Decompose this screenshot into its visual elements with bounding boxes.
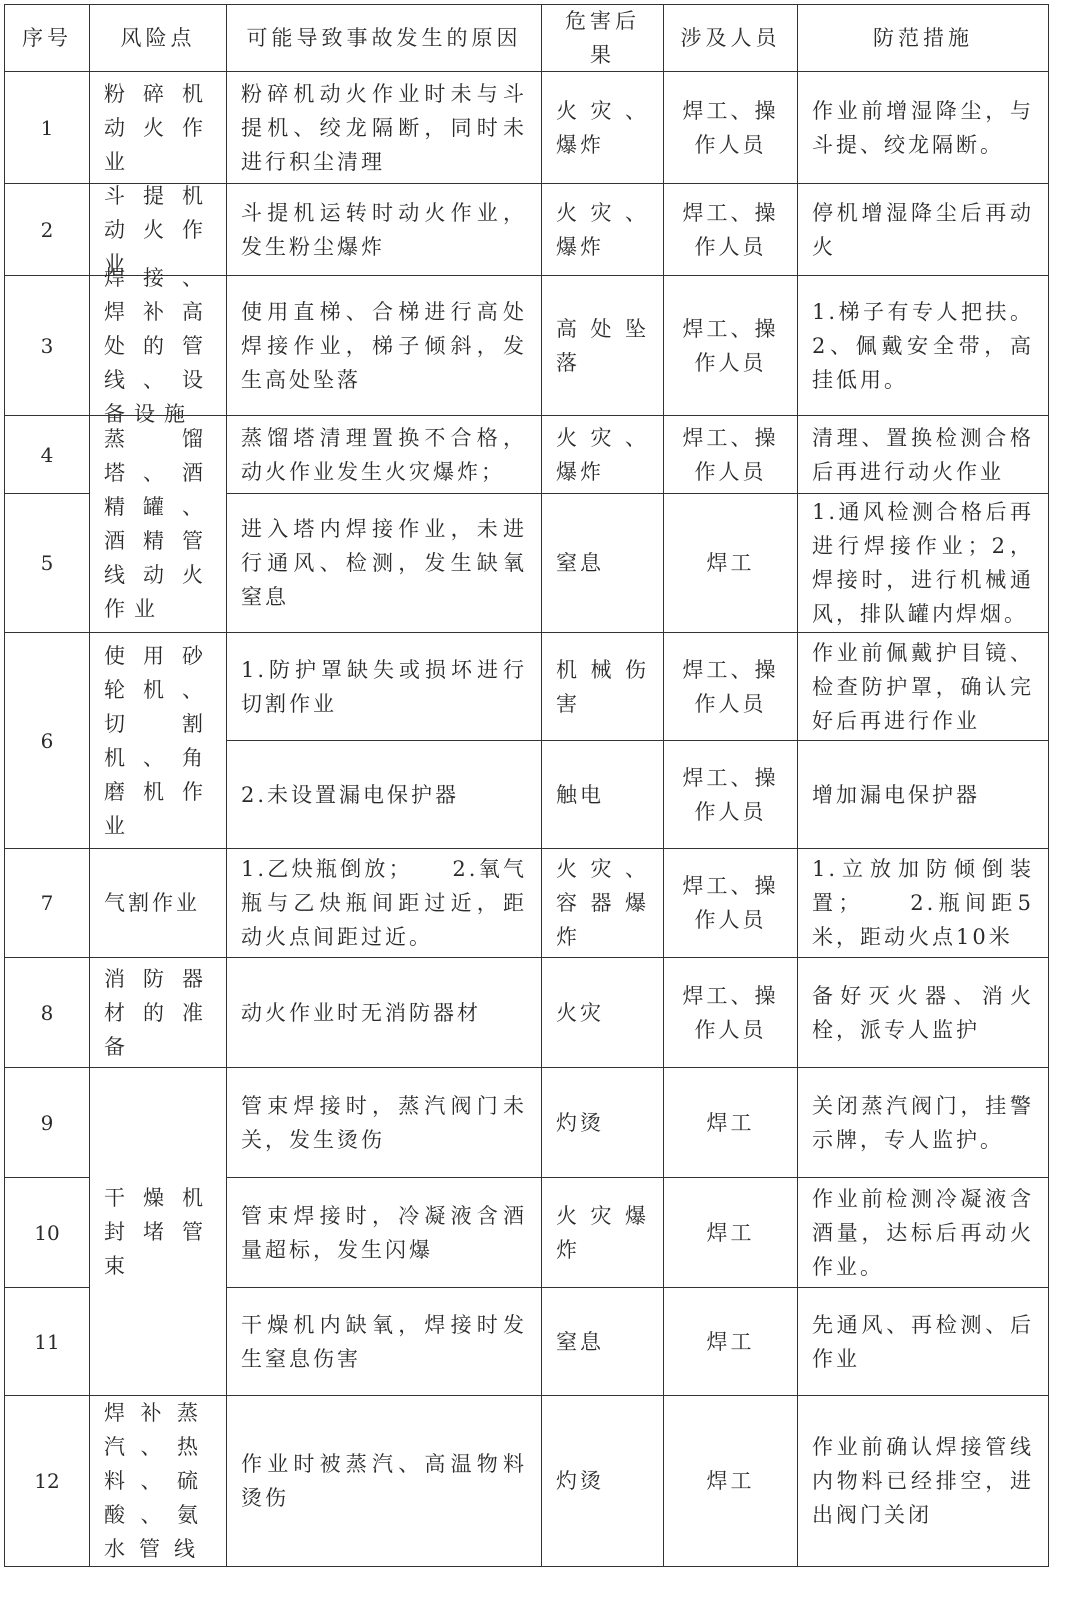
measure-text: 作业前增湿降尘，与斗提、绞龙隔断。: [812, 94, 1034, 162]
cause-text: 2.未设置漏电保护器: [241, 778, 527, 812]
header-personnel: 涉及人员: [663, 4, 798, 72]
header-no-label: 序号: [19, 21, 75, 55]
hazard-text: 窒息: [556, 1325, 649, 1359]
row-number: 8: [4, 957, 90, 1068]
personnel-text: 焊工: [678, 1106, 783, 1140]
cause-cell: 斗提机运转时动火作业，发生粉尘爆炸: [226, 183, 542, 276]
row-number: 6: [4, 632, 90, 849]
personnel-cell: 焊工、操作人员: [663, 415, 798, 494]
personnel-cell: 焊工、操作人员: [663, 740, 798, 849]
personnel-cell: 焊工、操作人员: [663, 848, 798, 958]
hazard-text: 火灾、爆炸: [556, 196, 649, 264]
personnel-text: 焊工: [678, 1325, 783, 1359]
row-number-text: 11: [19, 1325, 75, 1359]
risk-point-cell: 气割作业: [89, 848, 227, 958]
hazard-cell: 火灾、爆炸: [541, 415, 664, 494]
measure-text: 备好灭火器、消火栓，派专人监护: [812, 979, 1034, 1047]
measure-cell: 作业前佩戴护目镜、检查防护罩，确认完好后再进行作业: [797, 632, 1049, 741]
row-number-text: 3: [19, 329, 75, 363]
row-number: 7: [4, 848, 90, 958]
risk-point-cell: 粉碎机动火作业: [89, 71, 227, 184]
cause-cell: 管束焊接时，蒸汽阀门未关，发生烫伤: [226, 1067, 542, 1178]
cause-text: 管束焊接时，蒸汽阀门未关，发生烫伤: [241, 1089, 527, 1157]
hazard-text: 窒息: [556, 546, 649, 580]
row-number-text: 6: [19, 724, 75, 758]
row-number: 1: [4, 71, 90, 184]
risk-point-text: 使用砂轮机、切割机、角磨机作业: [104, 639, 212, 843]
hazard-cell: 火灾、容器爆炸: [541, 848, 664, 958]
row-number-text: 10: [19, 1216, 75, 1250]
header-no: 序号: [4, 4, 90, 72]
risk-point-cell: 使用砂轮机、切割机、角磨机作业: [89, 632, 227, 849]
row-number-text: 8: [19, 996, 75, 1030]
personnel-text: 焊工、操作人员: [678, 94, 783, 162]
row-number-text: 2: [19, 213, 75, 247]
personnel-cell: 焊工、操作人员: [663, 275, 798, 416]
cause-text: 1.防护罩缺失或损坏进行切割作业: [241, 653, 527, 721]
hazard-cell: 火灾、爆炸: [541, 71, 664, 184]
personnel-text: 焊工: [678, 546, 783, 580]
risk-point-text: 粉碎机动火作业: [104, 77, 212, 179]
measure-text: 1.梯子有专人把扶。2、佩戴安全带，高挂低用。: [812, 295, 1034, 397]
row-number-text: 7: [19, 886, 75, 920]
hazard-text: 触电: [556, 778, 649, 812]
hazard-cell: 机械伤害: [541, 632, 664, 741]
cause-text: 管束焊接时，冷凝液含酒量超标，发生闪爆: [241, 1199, 527, 1267]
hazard-cell: 火灾: [541, 957, 664, 1068]
hazard-text: 火灾、容器爆炸: [556, 852, 649, 954]
personnel-cell: 焊工: [663, 1177, 798, 1288]
row-number: 9: [4, 1067, 90, 1178]
header-risk-point-label: 风险点: [104, 21, 212, 55]
measure-cell: 备好灭火器、消火栓，派专人监护: [797, 957, 1049, 1068]
cause-cell: 1.乙炔瓶倒放； 2.氧气瓶与乙炔瓶间距过近，距动火点间距过近。: [226, 848, 542, 958]
hazard-cell: 火灾、爆炸: [541, 183, 664, 276]
cause-cell: 作业时被蒸汽、高温物料烫伤: [226, 1395, 542, 1567]
risk-point-cell: 蒸馏塔、酒精罐、酒精管线动火作业: [89, 415, 227, 633]
row-number: 3: [4, 275, 90, 416]
measure-text: 1.立放加防倾倒装置； 2.瓶间距5米，距动火点10米: [812, 852, 1034, 954]
header-risk-point: 风险点: [89, 4, 227, 72]
personnel-text: 焊工: [678, 1464, 783, 1498]
hazard-cell: 灼烫: [541, 1395, 664, 1567]
cause-text: 作业时被蒸汽、高温物料烫伤: [241, 1447, 527, 1515]
measure-cell: 作业前增湿降尘，与斗提、绞龙隔断。: [797, 71, 1049, 184]
personnel-cell: 焊工: [663, 1067, 798, 1178]
risk-point-cell: 消防器材的准备: [89, 957, 227, 1068]
hazard-cell: 火灾爆炸: [541, 1177, 664, 1288]
personnel-cell: 焊工: [663, 1395, 798, 1567]
cause-text: 粉碎机动火作业时未与斗提机、绞龙隔断，同时未进行积尘清理: [241, 77, 527, 179]
cause-cell: 干燥机内缺氧，焊接时发生窒息伤害: [226, 1287, 542, 1396]
hazard-text: 火灾、爆炸: [556, 421, 649, 489]
row-number-text: 5: [19, 546, 75, 580]
personnel-text: 焊工、操作人员: [678, 869, 783, 937]
cause-text: 斗提机运转时动火作业，发生粉尘爆炸: [241, 196, 527, 264]
measure-cell: 1.梯子有专人把扶。2、佩戴安全带，高挂低用。: [797, 275, 1049, 416]
header-measure: 防范措施: [797, 4, 1049, 72]
cause-cell: 管束焊接时，冷凝液含酒量超标，发生闪爆: [226, 1177, 542, 1288]
measure-text: 清理、置换检测合格后再进行动火作业: [812, 421, 1034, 489]
header-personnel-label: 涉及人员: [678, 21, 783, 55]
hazard-cell: 触电: [541, 740, 664, 849]
measure-cell: 1.立放加防倾倒装置； 2.瓶间距5米，距动火点10米: [797, 848, 1049, 958]
measure-cell: 增加漏电保护器: [797, 740, 1049, 849]
cause-cell: 使用直梯、合梯进行高处焊接作业，梯子倾斜，发生高处坠落: [226, 275, 542, 416]
row-number: 2: [4, 183, 90, 276]
cause-cell: 粉碎机动火作业时未与斗提机、绞龙隔断，同时未进行积尘清理: [226, 71, 542, 184]
cause-text: 动火作业时无消防器材: [241, 996, 527, 1030]
hazard-text: 火灾、爆炸: [556, 94, 649, 162]
hazard-cell: 窒息: [541, 493, 664, 633]
hazard-text: 高处坠落: [556, 312, 649, 380]
personnel-text: 焊工、操作人员: [678, 196, 783, 264]
measure-cell: 关闭蒸汽阀门，挂警示牌，专人监护。: [797, 1067, 1049, 1178]
header-measure-label: 防范措施: [812, 21, 1034, 55]
cause-text: 蒸馏塔清理置换不合格，动火作业发生火灾爆炸；: [241, 421, 527, 489]
row-number-text: 4: [19, 438, 75, 472]
risk-point-cell: 干燥机封堵管束: [89, 1067, 227, 1396]
measure-text: 1.通风检测合格后再进行焊接作业；2，焊接时，进行机械通风，排队罐内焊烟。: [812, 495, 1034, 631]
row-number-text: 9: [19, 1106, 75, 1140]
hazard-text: 灼烫: [556, 1106, 649, 1140]
measure-text: 增加漏电保护器: [812, 778, 1034, 812]
row-number: 11: [4, 1287, 90, 1396]
measure-text: 停机增湿降尘后再动火: [812, 196, 1034, 264]
measure-cell: 停机增湿降尘后再动火: [797, 183, 1049, 276]
personnel-cell: 焊工、操作人员: [663, 183, 798, 276]
hazard-cell: 灼烫: [541, 1067, 664, 1178]
hazard-cell: 窒息: [541, 1287, 664, 1396]
risk-point-text: 焊接、焊补高处的管线、设备设施: [104, 261, 212, 431]
row-number-text: 12: [19, 1464, 75, 1498]
personnel-cell: 焊工、操作人员: [663, 957, 798, 1068]
cause-text: 进入塔内焊接作业，未进行通风、检测，发生缺氧窒息: [241, 512, 527, 614]
risk-point-text: 蒸馏塔、酒精罐、酒精管线动火作业: [104, 422, 212, 626]
hazard-cell: 高处坠落: [541, 275, 664, 416]
personnel-text: 焊工、操作人员: [678, 312, 783, 380]
row-number: 4: [4, 415, 90, 494]
risk-table: 序号 风险点 可能导致事故发生的原因 危害后果 涉及人员 防范措施 1 粉碎机动…: [4, 4, 1049, 1567]
risk-point-cell: 焊补蒸汽、热料、硫酸、氨水管线: [89, 1395, 227, 1567]
hazard-text: 火灾: [556, 996, 649, 1030]
cause-text: 干燥机内缺氧，焊接时发生窒息伤害: [241, 1308, 527, 1376]
risk-point-text: 干燥机封堵管束: [104, 1181, 212, 1283]
header-cause: 可能导致事故发生的原因: [226, 4, 542, 72]
row-number: 10: [4, 1177, 90, 1288]
personnel-text: 焊工、操作人员: [678, 653, 783, 721]
row-number: 12: [4, 1395, 90, 1567]
hazard-text: 灼烫: [556, 1464, 649, 1498]
measure-text: 作业前检测冷凝液含酒量，达标后再动火作业。: [812, 1182, 1034, 1284]
measure-cell: 清理、置换检测合格后再进行动火作业: [797, 415, 1049, 494]
personnel-text: 焊工: [678, 1216, 783, 1250]
header-hazard: 危害后果: [541, 4, 664, 72]
measure-cell: 1.通风检测合格后再进行焊接作业；2，焊接时，进行机械通风，排队罐内焊烟。: [797, 493, 1049, 633]
risk-point-text: 气割作业: [104, 886, 212, 920]
cause-cell: 动火作业时无消防器材: [226, 957, 542, 1068]
measure-text: 先通风、再检测、后作业: [812, 1308, 1034, 1376]
hazard-text: 机械伤害: [556, 653, 649, 721]
personnel-cell: 焊工、操作人员: [663, 632, 798, 741]
risk-point-text: 消防器材的准备: [104, 962, 212, 1064]
cause-text: 1.乙炔瓶倒放； 2.氧气瓶与乙炔瓶间距过近，距动火点间距过近。: [241, 852, 527, 954]
personnel-cell: 焊工、操作人员: [663, 71, 798, 184]
cause-text: 使用直梯、合梯进行高处焊接作业，梯子倾斜，发生高处坠落: [241, 295, 527, 397]
header-cause-label: 可能导致事故发生的原因: [241, 21, 527, 55]
row-number: 5: [4, 493, 90, 633]
header-hazard-label: 危害后果: [556, 4, 649, 72]
measure-text: 作业前佩戴护目镜、检查防护罩，确认完好后再进行作业: [812, 636, 1034, 738]
cause-cell: 进入塔内焊接作业，未进行通风、检测，发生缺氧窒息: [226, 493, 542, 633]
risk-point-text: 焊补蒸汽、热料、硫酸、氨水管线: [104, 1396, 212, 1566]
personnel-cell: 焊工: [663, 493, 798, 633]
personnel-cell: 焊工: [663, 1287, 798, 1396]
personnel-text: 焊工、操作人员: [678, 761, 783, 829]
cause-cell: 蒸馏塔清理置换不合格，动火作业发生火灾爆炸；: [226, 415, 542, 494]
cause-cell: 2.未设置漏电保护器: [226, 740, 542, 849]
row-number-text: 1: [19, 111, 75, 145]
measure-cell: 作业前检测冷凝液含酒量，达标后再动火作业。: [797, 1177, 1049, 1288]
measure-text: 作业前确认焊接管线内物料已经排空，进出阀门关闭: [812, 1430, 1034, 1532]
risk-point-cell: 焊接、焊补高处的管线、设备设施: [89, 275, 227, 416]
measure-text: 关闭蒸汽阀门，挂警示牌，专人监护。: [812, 1089, 1034, 1157]
measure-cell: 先通风、再检测、后作业: [797, 1287, 1049, 1396]
hazard-text: 火灾爆炸: [556, 1199, 649, 1267]
personnel-text: 焊工、操作人员: [678, 421, 783, 489]
cause-cell: 1.防护罩缺失或损坏进行切割作业: [226, 632, 542, 741]
measure-cell: 作业前确认焊接管线内物料已经排空，进出阀门关闭: [797, 1395, 1049, 1567]
personnel-text: 焊工、操作人员: [678, 979, 783, 1047]
